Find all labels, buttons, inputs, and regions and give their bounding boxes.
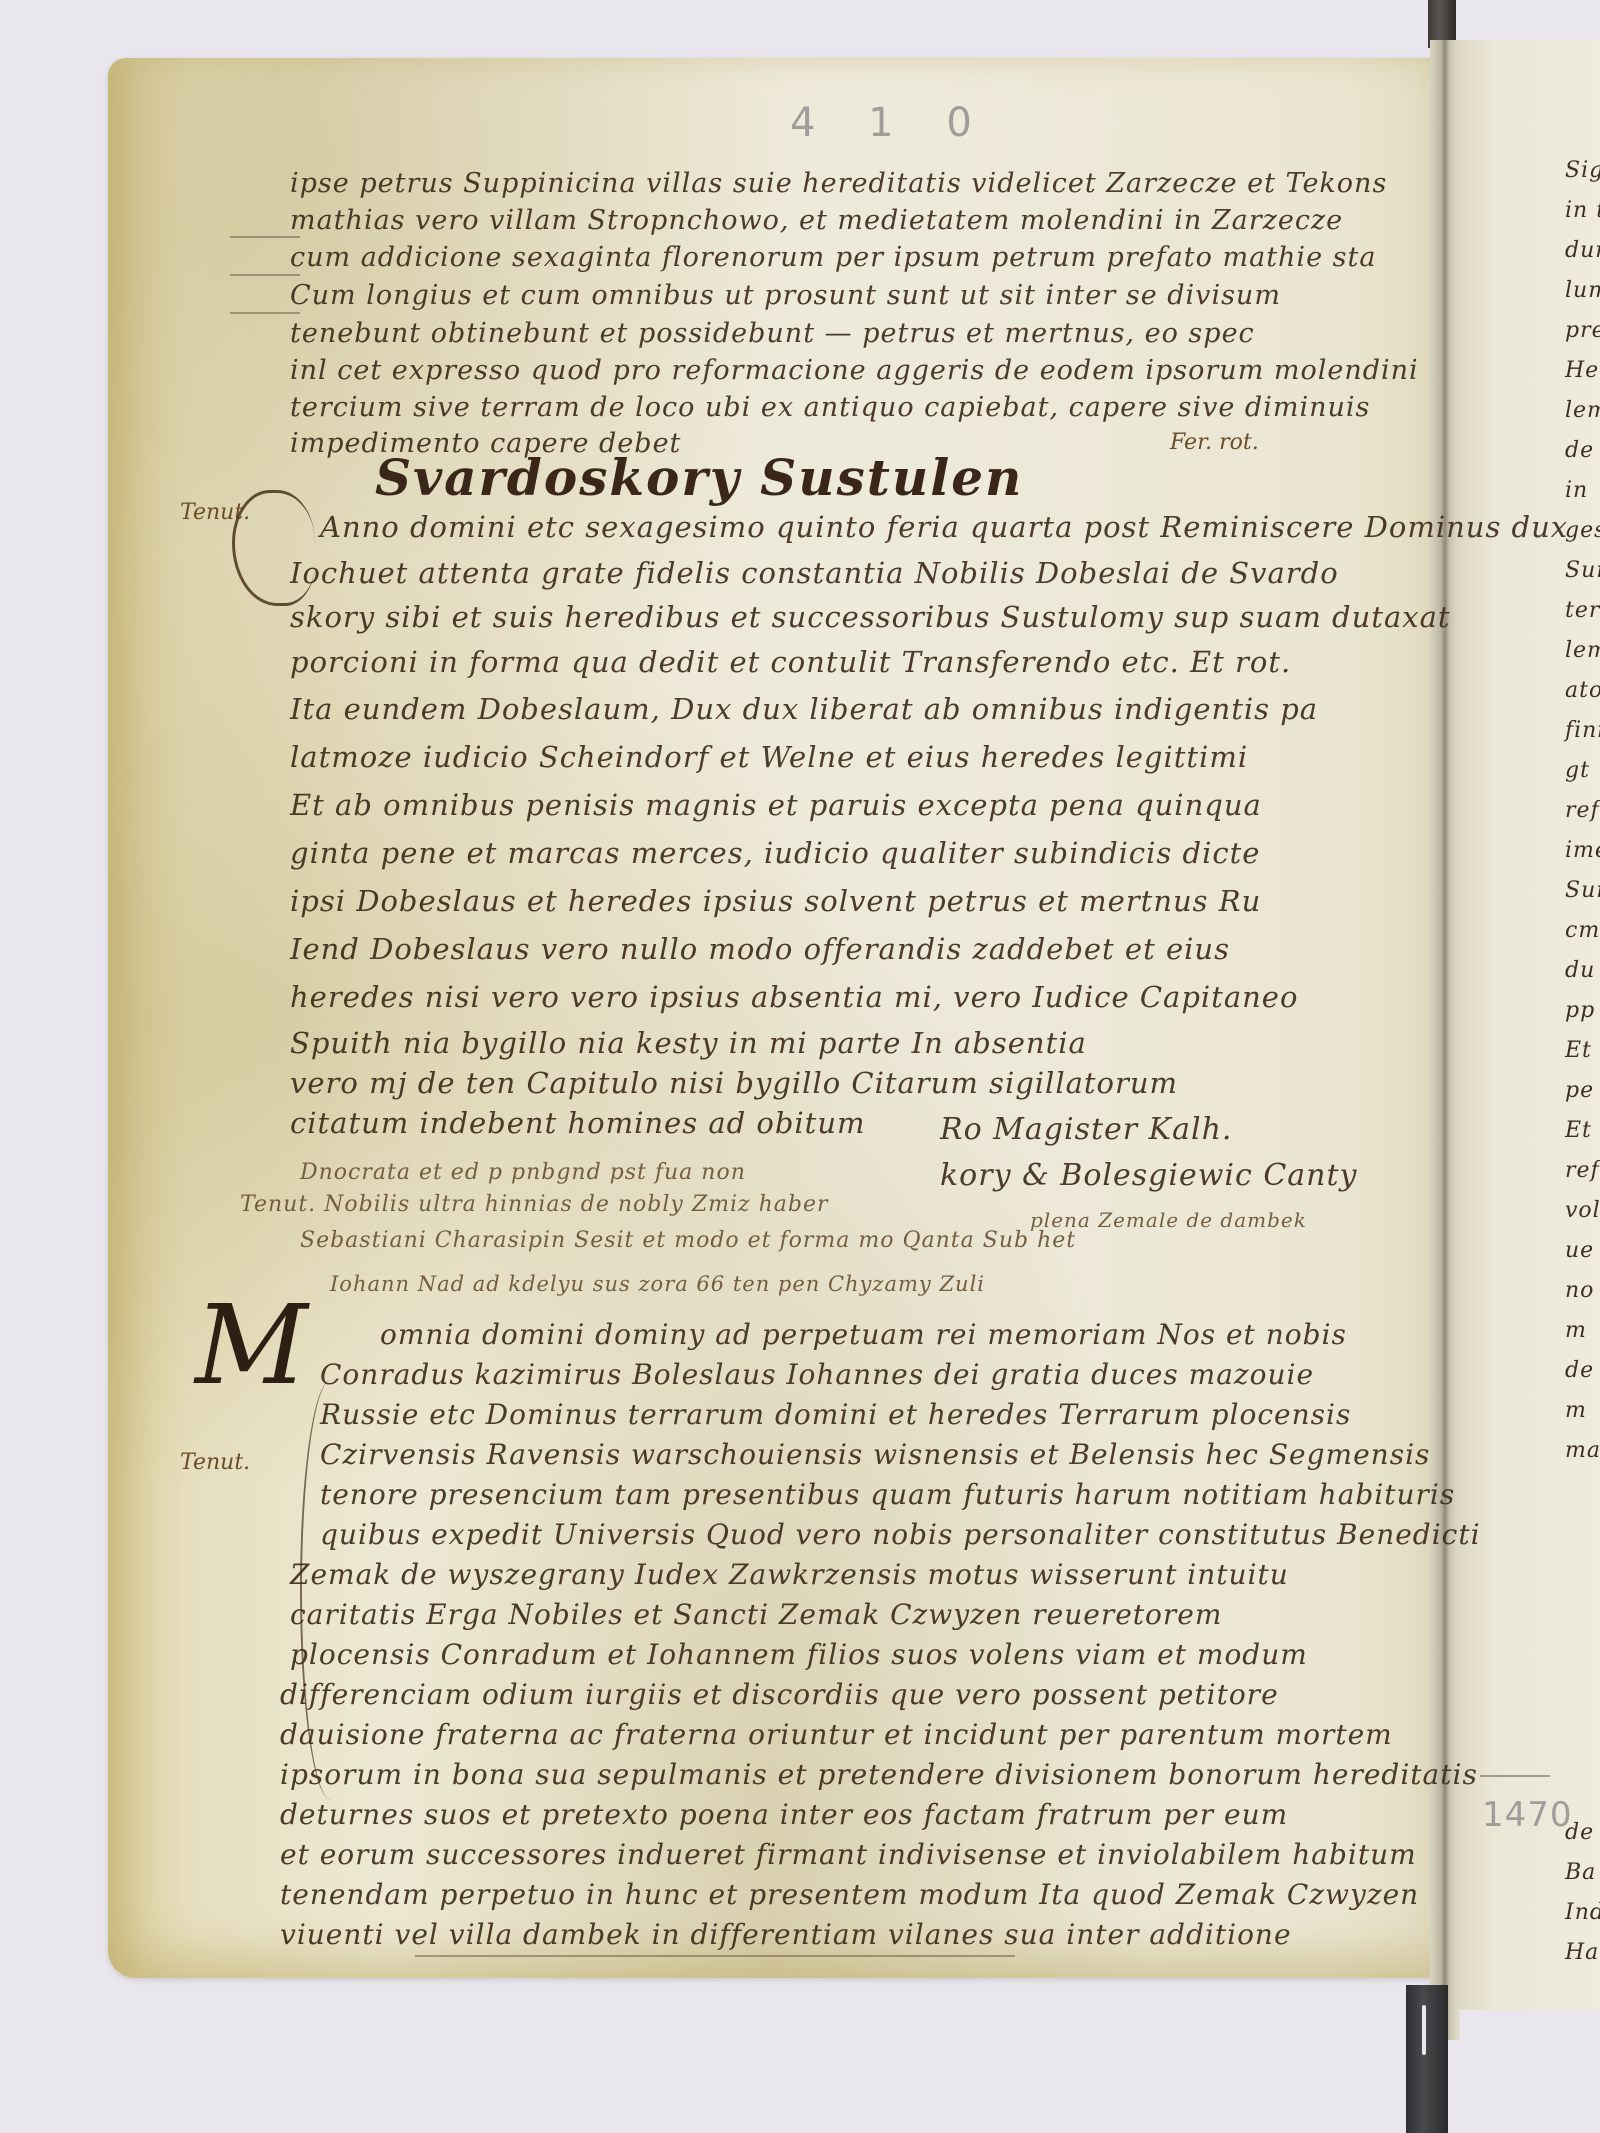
text-fragment: ges [1565,518,1600,543]
text-line: differenciam odium iurgiis et discordiis… [280,1678,1279,1711]
text-line: caritatis Erga Nobiles et Sancti Zemak C… [290,1598,1222,1631]
text-line: porcioni in forma qua dedit et contulit … [290,645,1291,679]
book-gutter [1430,40,1460,2040]
text-fragment: ue [1565,1238,1594,1263]
text-line: Conradus kazimirus Boleslaus Iohannes de… [320,1358,1314,1391]
text-line: quibus expedit Universis Quod vero nobis… [320,1518,1481,1551]
text-fragment: m [1565,1318,1587,1343]
entry-heading: Svardoskory Sustulen [375,448,1023,507]
text-line: skory sibi et suis heredibus et successo… [290,600,1451,634]
text-fragment: de [1565,1820,1594,1845]
text-fragment: gt [1565,758,1590,783]
text-line: Russie etc Dominus terrarum domini et he… [320,1398,1351,1431]
text-fragment: fini [1565,718,1600,743]
text-line: inl cet expresso quod pro reformacione a… [290,355,1419,386]
note-line: Sebastiani Charasipin Sesit et modo et f… [300,1228,1076,1253]
text-line: tenebunt obtinebunt et possidebunt — pet… [290,318,1255,349]
text-fragment: no [1565,1278,1594,1303]
text-line: ipsorum in bona sua sepulmanis et preten… [280,1758,1478,1791]
manuscript-scan: 4 1 0 ipse petrus Suppinicina villas sui… [0,0,1600,2133]
note-line: Iohann Nad ad kdelyu sus zora 66 ten pen… [330,1272,985,1296]
text-fragment: Et [1565,1038,1592,1063]
text-line: Iochuet attenta grate fidelis constantia… [290,556,1339,590]
text-line: tenore presencium tam presentibus quam f… [320,1478,1455,1511]
margin-label: Tenut. [180,1450,250,1475]
text-line: et eorum successores indueret firmant in… [280,1838,1417,1871]
text-fragment: preu [1565,318,1600,343]
text-line: Spuith nia bygillo nia kesty in mi parte… [290,1026,1087,1060]
text-line: vero mj de ten Capitulo nisi bygillo Cit… [290,1066,1178,1100]
text-fragment: m [1565,1398,1587,1423]
text-line: dauisione fraterna ac fraterna oriuntur … [280,1718,1393,1751]
text-fragment: pe [1565,1078,1594,1103]
text-line: tenendam perpetuo in hunc et presentem m… [280,1878,1419,1911]
text-line: Iend Dobeslaus vero nullo modo offerandi… [290,932,1230,966]
text-line: latmoze iudicio Scheindorf et Welne et e… [290,740,1248,774]
text-fragment: de [1565,438,1594,463]
margin-note: Fer. rot. [1170,430,1259,455]
text-fragment: Hatt [1565,1940,1600,1965]
text-fragment: ref [1565,1158,1600,1183]
text-fragment: tere [1565,598,1600,623]
text-line: heredes nisi vero vero ipsius absentia m… [290,980,1298,1014]
note-line: plena Zemale de dambek [1030,1208,1307,1232]
margin-rule [230,236,300,238]
text-line: Czirvensis Ravensis warschouiensis wisne… [320,1438,1430,1471]
text-fragment: in tu [1565,198,1600,223]
pencil-folio-number: 1470 [1482,1795,1573,1835]
text-fragment: Sun [1565,878,1600,903]
text-line: citatum indebent homines ad obitum [290,1106,866,1140]
text-fragment: ime [1565,838,1600,863]
text-line: ginta pene et marcas merces, iudicio qua… [290,836,1260,870]
text-fragment: du [1565,958,1595,983]
text-line: Ita eundem Dobeslaum, Dux dux liberat ab… [290,692,1318,726]
pencil-folio-mark: 4 1 0 [790,100,992,146]
text-fragment: ma [1565,1438,1600,1463]
text-fragment: lum [1565,278,1600,303]
sign-off-line: Ro Magister Kalh. [940,1112,1232,1147]
text-line: ipsi Dobeslaus et heredes ipsius solvent… [290,884,1261,918]
text-fragment: Ind [1565,1900,1600,1925]
text-line: mathias vero villam Stropnchowo, et medi… [290,205,1343,236]
note-line: Tenut. Nobilis ultra hinnias de nobly Zm… [240,1192,829,1217]
text-fragment: cm [1565,918,1600,943]
text-fragment: Ba [1565,1860,1596,1885]
margin-rule [230,312,300,314]
text-line: Zemak de wyszegrany Iudex Zawkrzensis mo… [290,1558,1289,1591]
text-fragment: Sun [1565,558,1600,583]
text-line: omnia domini dominy ad perpetuam rei mem… [380,1318,1347,1351]
text-fragment: Hele [1565,358,1600,383]
text-line: Anno domini etc sexagesimo quinto feria … [320,510,1568,544]
text-fragment: Sig [1565,158,1600,183]
text-line: Cum longius et cum omnibus ut prosunt su… [290,280,1281,311]
text-fragment: Et [1565,1118,1592,1143]
text-line: plocensis Conradum et Iohannem filios su… [290,1638,1308,1671]
text-fragment: de [1565,1358,1594,1383]
margin-rule [230,274,300,276]
text-line: tercium sive terram de loco ubi ex antiq… [290,392,1370,423]
text-line: cum addicione sexaginta florenorum per i… [290,242,1376,273]
pencil-rule [1480,1775,1550,1777]
binding-strip-bottom [1406,1985,1448,2133]
text-fragment: leme [1565,398,1600,423]
text-line: ipse petrus Suppinicina villas suie here… [290,168,1387,199]
text-fragment: ato [1565,678,1600,703]
text-fragment: vol [1565,1198,1600,1223]
text-fragment: pp [1565,998,1595,1023]
text-fragment: lem [1565,638,1600,663]
text-fragment: in [1565,478,1588,503]
text-line: deturnes suos et pretexto poena inter eo… [280,1798,1288,1831]
note-line: Dnocrata et ed p pnbgnd pst fua non [300,1160,746,1185]
bottom-rule [415,1955,1015,1957]
text-line: viuenti vel villa dambek in differentiam… [280,1918,1292,1951]
sign-off-line: kory & Bolesgiewic Canty [940,1158,1358,1193]
decorated-initial-m: M [195,1290,308,1400]
text-fragment: ref [1565,798,1600,823]
text-line: Et ab omnibus penisis magnis et paruis e… [290,788,1262,822]
text-fragment: dune [1565,238,1600,263]
